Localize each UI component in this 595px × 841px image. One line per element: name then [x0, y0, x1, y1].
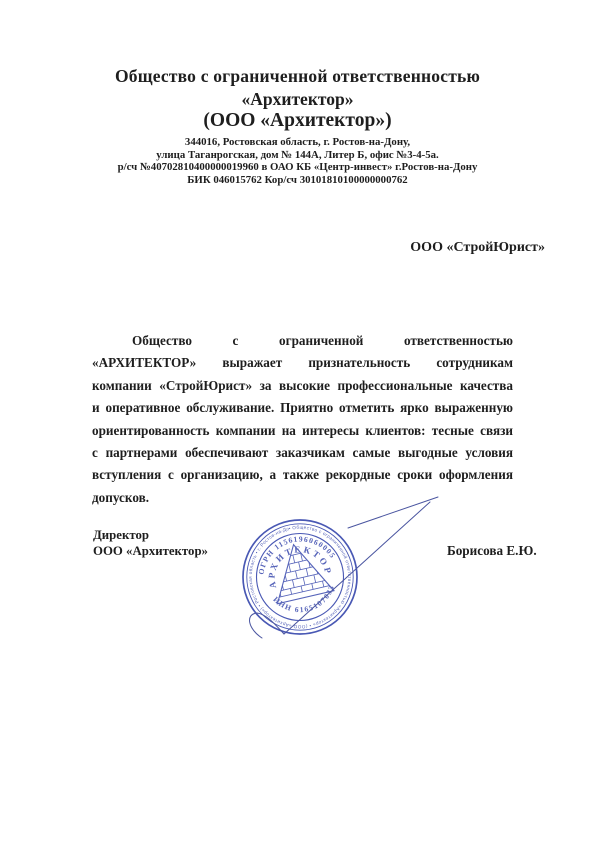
letterhead-address-block: 344016, Ростовская область, г. Ростов-на… — [0, 136, 595, 186]
letterhead-org-name: «Архитектор» — [0, 89, 595, 110]
recipient-name: ООО «СтройЮрист» — [410, 240, 545, 256]
letterhead-org-short: (ООО «Архитектор») — [0, 110, 595, 132]
signer-name: Борисова Е.Ю. — [447, 543, 537, 559]
company-stamp-icon: • Общество с ограниченной ответственност… — [220, 488, 452, 664]
signature-title-line2: ООО «Архитектор» — [93, 543, 208, 559]
letterhead-org-full: Общество с ограниченной ответственностью — [0, 66, 595, 87]
letterhead-bik-line: БИК 046015762 Кор/сч 3010181010000000076… — [0, 174, 595, 187]
letter-page: Общество с ограниченной ответственностью… — [0, 0, 595, 841]
letterhead-address-line1: 344016, Ростовская область, г. Ростов-на… — [0, 136, 595, 149]
letterhead-bank-line: р/сч №40702810400000019960 в ОАО КБ «Цен… — [0, 161, 595, 174]
signature-title-block: Директор ООО «Архитектор» — [93, 527, 208, 559]
signature-title-line1: Директор — [93, 527, 208, 543]
body-paragraph: Общество с ограниченной ответственностью… — [92, 330, 513, 509]
company-stamp: • Общество с ограниченной ответственност… — [220, 488, 452, 664]
stamp-rim-text: • Общество с ограниченной ответственност… — [220, 488, 363, 646]
letterhead-address-line2: улица Таганрогская, дом № 144А, Литер Б,… — [0, 149, 595, 162]
